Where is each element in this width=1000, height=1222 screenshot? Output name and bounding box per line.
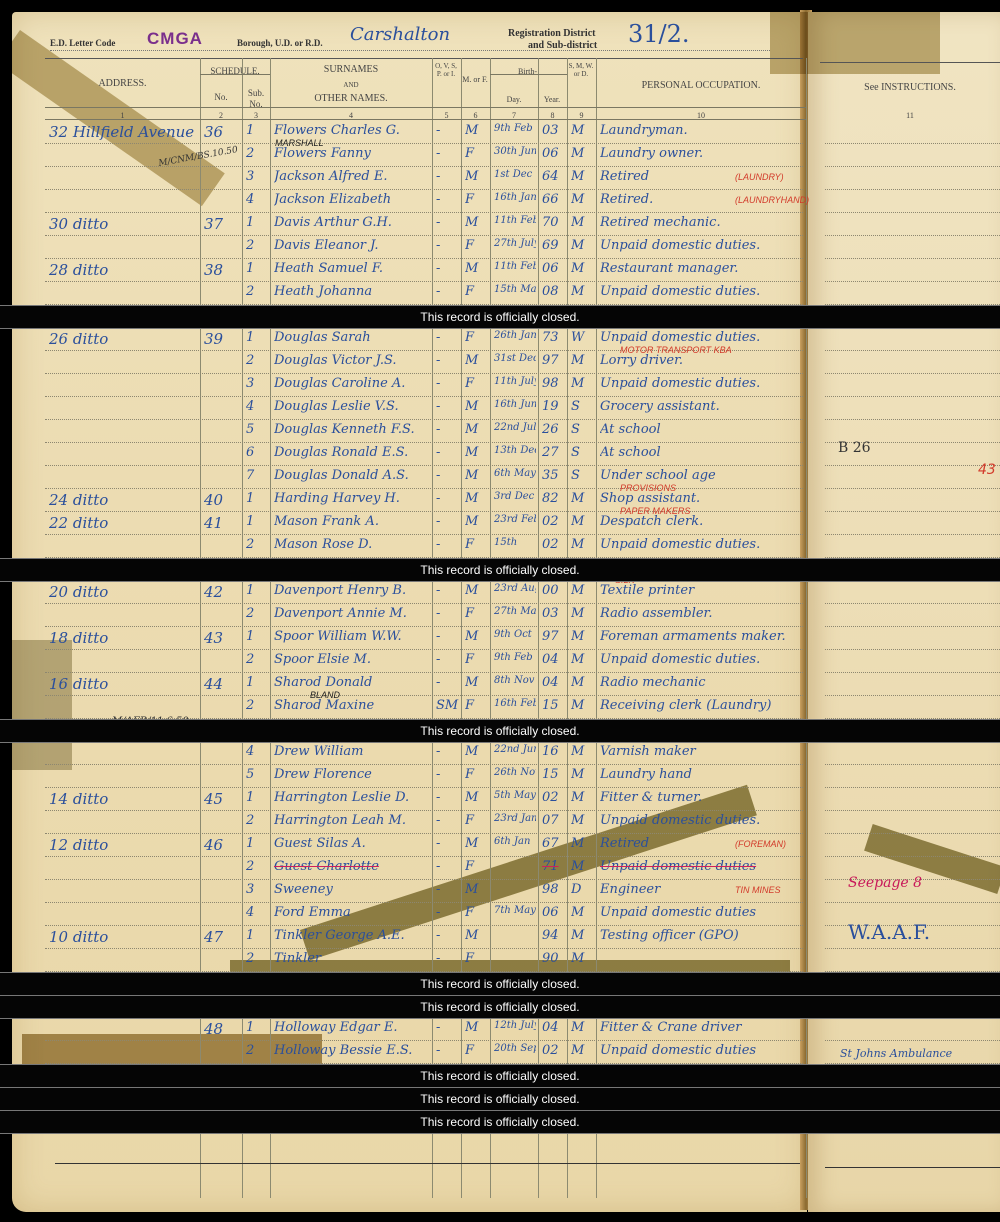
birth-day-cell: 30th June bbox=[494, 146, 536, 157]
row-rule-right bbox=[825, 396, 1000, 397]
marital-status-cell: M bbox=[571, 652, 594, 667]
census-row: 28 ditto381Heath Samuel F.-M11th Feb06MR… bbox=[45, 259, 803, 282]
census-row: 4Douglas Leslie V.S.-M16th June19SGrocer… bbox=[45, 397, 803, 420]
schedule-sub-cell: 2 bbox=[246, 238, 268, 253]
birth-day-cell: 15th Mar bbox=[494, 284, 536, 295]
schedule-sub-cell: 1 bbox=[246, 790, 268, 805]
marital-status-cell: M bbox=[571, 836, 594, 851]
row-rule-right bbox=[825, 695, 1000, 696]
birth-year-cell: 64 bbox=[542, 169, 565, 184]
birth-day-cell: 31st Dec bbox=[494, 353, 536, 364]
birth-day-cell: 23rd Jan bbox=[494, 813, 536, 824]
row-rule-right bbox=[825, 419, 1000, 420]
marital-status-cell: M bbox=[571, 1043, 594, 1058]
row-rule-right bbox=[825, 189, 1000, 190]
schedule-sub-cell: 2 bbox=[246, 537, 268, 552]
marital-status-cell: S bbox=[571, 399, 594, 414]
ovspi-cell: - bbox=[436, 284, 459, 299]
birth-day-cell: 6th May bbox=[494, 468, 536, 479]
marital-status-cell: D bbox=[571, 882, 594, 897]
col-birth-header: Birth- bbox=[490, 66, 565, 77]
census-row: 4Ford Emma-F7th May06MUnpaid domestic du… bbox=[45, 903, 803, 926]
name-cell: Drew William bbox=[274, 744, 430, 759]
ed-letter-code: CMGA bbox=[147, 29, 203, 49]
ovspi-cell: - bbox=[436, 1020, 459, 1035]
address-cell: 28 ditto bbox=[49, 261, 198, 279]
marital-status-cell: S bbox=[571, 468, 594, 483]
birth-year-cell: 04 bbox=[542, 675, 565, 690]
birth-day-cell: 9th Feb bbox=[494, 652, 536, 663]
address-cell: 20 ditto bbox=[49, 583, 198, 601]
schedule-sub-cell: 3 bbox=[246, 376, 268, 391]
ovspi-cell: - bbox=[436, 330, 459, 345]
schedule-sub-cell: 1 bbox=[246, 836, 268, 851]
ovspi-cell: - bbox=[436, 606, 459, 621]
row-rule-right bbox=[825, 488, 1000, 489]
schedule-sub-cell: 2 bbox=[246, 859, 268, 874]
ovspi-cell: - bbox=[436, 675, 459, 690]
borough-label: Borough, U.D. or R.D. bbox=[237, 38, 323, 48]
census-row: 2Holloway Bessie E.S.-F20th Sept02MUnpai… bbox=[45, 1041, 803, 1064]
ovspi-cell: - bbox=[436, 169, 459, 184]
sex-cell: F bbox=[465, 652, 488, 667]
birth-day-cell: 9th Oct bbox=[494, 629, 536, 640]
ovspi-cell: - bbox=[436, 882, 459, 897]
col-sex-header: M. or F. bbox=[461, 74, 489, 85]
name-cell: Douglas Caroline A. bbox=[274, 376, 430, 391]
row-rule-right bbox=[825, 281, 1000, 282]
birth-day-cell: 16th Feb bbox=[494, 698, 536, 709]
occupation-cell: Unpaid domestic duties. bbox=[600, 537, 804, 552]
occupation-cell: At school bbox=[600, 445, 804, 460]
name-cell: Davenport Henry B. bbox=[274, 583, 430, 598]
sex-cell: F bbox=[465, 859, 488, 874]
name-cell: Harding Harvey H. bbox=[274, 491, 430, 506]
name-cell: Douglas Ronald E.S. bbox=[274, 445, 430, 460]
birth-day-cell: 23rd Aug bbox=[494, 583, 536, 594]
schedule-sub-cell: 1 bbox=[246, 261, 268, 276]
right-note-43: 43 bbox=[978, 462, 996, 478]
schedule-no-cell: 40 bbox=[204, 491, 240, 509]
ovspi-cell: - bbox=[436, 399, 459, 414]
schedule-sub-cell: 1 bbox=[246, 491, 268, 506]
sex-cell: F bbox=[465, 146, 488, 161]
column-divider bbox=[806, 58, 807, 1198]
census-row: 2Davis Eleanor J.-F27th July69MUnpaid do… bbox=[45, 236, 803, 259]
header-dotted-rule bbox=[50, 50, 770, 51]
bottom-rule-right bbox=[825, 1167, 1000, 1168]
closed-record-bar: This record is officially closed. bbox=[0, 1064, 1000, 1088]
birth-year-cell: 00 bbox=[542, 583, 565, 598]
schedule-sub-cell: 3 bbox=[246, 882, 268, 897]
name-cell: Douglas Sarah bbox=[274, 330, 430, 345]
sex-cell: F bbox=[465, 905, 488, 920]
closed-record-bar: This record is officially closed. bbox=[0, 972, 1000, 996]
census-row: 5Drew Florence-F26th Nov15MLaundry hand bbox=[45, 765, 803, 788]
occupation-cell: Unpaid domestic duties bbox=[600, 905, 804, 920]
schedule-no-cell: 37 bbox=[204, 215, 240, 233]
sex-cell: M bbox=[465, 215, 488, 230]
name-cell: Spoor William W.W. bbox=[274, 629, 430, 644]
closed-record-bar: This record is officially closed. bbox=[0, 558, 1000, 582]
marital-status-cell: M bbox=[571, 606, 594, 621]
ovspi-cell: - bbox=[436, 652, 459, 667]
birth-day-cell: 11th July bbox=[494, 376, 536, 387]
name-cell: Mason Frank A. bbox=[274, 514, 430, 529]
sex-cell: F bbox=[465, 330, 488, 345]
name-cell: Sharod Donald bbox=[274, 675, 430, 690]
schedule-sub-cell: 2 bbox=[246, 606, 268, 621]
row-rule-right bbox=[825, 235, 1000, 236]
birth-day-cell: 5th May bbox=[494, 790, 536, 801]
name-annotation: BLAND bbox=[310, 690, 340, 700]
birth-day-cell: 3rd Dec bbox=[494, 491, 536, 502]
census-row: 2Spoor Elsie M.-F9th Feb04MUnpaid domest… bbox=[45, 650, 803, 673]
schedule-sub-cell: 4 bbox=[246, 744, 268, 759]
row-rule-right bbox=[825, 810, 1000, 811]
sex-cell: M bbox=[465, 445, 488, 460]
row-rule-right bbox=[825, 166, 1000, 167]
ovspi-cell: - bbox=[436, 767, 459, 782]
census-row: 16 ditto441Sharod Donald-M8th Nov04MRadi… bbox=[45, 673, 803, 696]
birth-year-cell: 69 bbox=[542, 238, 565, 253]
census-row: 2Douglas Victor J.S.-M31st Dec97MLorry d… bbox=[45, 351, 803, 374]
schedule-sub-cell: 1 bbox=[246, 928, 268, 943]
ovspi-cell: - bbox=[436, 192, 459, 207]
address-cell: 10 ditto bbox=[49, 928, 198, 946]
ovspi-cell: - bbox=[436, 514, 459, 529]
occupation-cell: Fitter & turner. bbox=[600, 790, 804, 805]
occupation-cell: Varnish maker bbox=[600, 744, 804, 759]
census-row: 2Davenport Annie M.-F27th May03MRadio as… bbox=[45, 604, 803, 627]
row-rule-right bbox=[825, 787, 1000, 788]
occupation-cell: Laundryman. bbox=[600, 123, 804, 138]
marital-status-cell: M bbox=[571, 537, 594, 552]
bottom-rule bbox=[55, 1163, 800, 1164]
birth-year-cell: 19 bbox=[542, 399, 565, 414]
address-cell: 14 ditto bbox=[49, 790, 198, 808]
schedule-sub-cell: 2 bbox=[246, 284, 268, 299]
col-occupation-header: PERSONAL OCCUPATION. bbox=[596, 80, 806, 91]
birth-year-cell: 73 bbox=[542, 330, 565, 345]
schedule-no-cell: 44 bbox=[204, 675, 240, 693]
schedule-sub-cell: 1 bbox=[246, 123, 268, 138]
marital-status-cell: S bbox=[571, 422, 594, 437]
occupation-cell: Fitter & Crane driver bbox=[600, 1020, 804, 1035]
occupation-cell: Testing officer (GPO) bbox=[600, 928, 804, 943]
ovspi-cell: - bbox=[436, 951, 459, 966]
col-instructions-header: See INSTRUCTIONS. bbox=[820, 82, 1000, 93]
row-rule-right bbox=[825, 856, 1000, 857]
name-cell: Harrington Leah M. bbox=[274, 813, 430, 828]
col-ovspi-header: O, V, S, P. or I. bbox=[432, 62, 460, 78]
birth-year-cell: 08 bbox=[542, 284, 565, 299]
census-row: 14 ditto451Harrington Leslie D.-M5th May… bbox=[45, 788, 803, 811]
row-rule-right bbox=[825, 1040, 1000, 1041]
birth-year-cell: 06 bbox=[542, 261, 565, 276]
address-cell: 18 ditto bbox=[49, 629, 198, 647]
ovspi-cell: - bbox=[436, 468, 459, 483]
schedule-sub-cell: 3 bbox=[246, 169, 268, 184]
occupation-cell: Unpaid domestic duties. bbox=[600, 376, 804, 391]
schedule-no-cell: 46 bbox=[204, 836, 240, 854]
sex-cell: F bbox=[465, 813, 488, 828]
birth-year-cell: 26 bbox=[542, 422, 565, 437]
column-number: 11 bbox=[820, 110, 1000, 121]
sex-cell: F bbox=[465, 767, 488, 782]
right-header-rule bbox=[820, 62, 1000, 63]
census-row: 30 ditto371Davis Arthur G.H.-M11th Feb70… bbox=[45, 213, 803, 236]
occupation-cell: Unpaid domestic duties bbox=[600, 1043, 804, 1058]
occupation-cell: At school bbox=[600, 422, 804, 437]
marital-status-cell: M bbox=[571, 675, 594, 690]
marital-status-cell: M bbox=[571, 514, 594, 529]
name-annotation: MARSHALL bbox=[275, 138, 324, 148]
occupation-cell: Retired mechanic. bbox=[600, 215, 804, 230]
col-birth-day-header: Day. bbox=[490, 94, 538, 105]
census-row: 7Douglas Donald A.S.-M6th May35SUnder sc… bbox=[45, 466, 803, 489]
birth-day-cell: 1st Dec bbox=[494, 169, 536, 180]
birth-year-cell: 82 bbox=[542, 491, 565, 506]
schedule-sub-cell: 5 bbox=[246, 422, 268, 437]
occupation-cell: Grocery assistant. bbox=[600, 399, 804, 414]
sex-cell: F bbox=[465, 951, 488, 966]
name-cell: Holloway Edgar E. bbox=[274, 1020, 430, 1035]
schedule-sub-cell: 1 bbox=[246, 675, 268, 690]
birth-day-cell: 8th Nov bbox=[494, 675, 536, 686]
birth-day-cell: 15th bbox=[494, 537, 536, 548]
occupation-cell: Unpaid domestic duties. bbox=[600, 238, 804, 253]
col-surname-header-2: AND bbox=[270, 80, 432, 91]
row-rule-right bbox=[825, 350, 1000, 351]
birth-year-cell: 04 bbox=[542, 652, 565, 667]
birth-day-cell: 7th May bbox=[494, 905, 536, 916]
ovspi-cell: - bbox=[436, 376, 459, 391]
marital-status-cell: M bbox=[571, 353, 594, 368]
census-row: 4Jackson Elizabeth-F16th Jan66MRetired.(… bbox=[45, 190, 803, 213]
census-row: 2Mason Rose D.-F15th02MUnpaid domestic d… bbox=[45, 535, 803, 558]
schedule-sub-cell: 2 bbox=[246, 652, 268, 667]
ovspi-cell: - bbox=[436, 928, 459, 943]
birth-day-cell: 27th May bbox=[494, 606, 536, 617]
schedule-sub-cell: 4 bbox=[246, 192, 268, 207]
occupation-annotation: TIN MINES bbox=[735, 885, 781, 895]
occupation-cell: Unpaid domestic duties. bbox=[600, 330, 804, 345]
schedule-no-cell: 41 bbox=[204, 514, 240, 532]
row-rule-right bbox=[825, 534, 1000, 535]
row-rule-right bbox=[825, 143, 1000, 144]
schedule-sub-cell: 7 bbox=[246, 468, 268, 483]
sex-cell: M bbox=[465, 169, 488, 184]
marital-status-cell: S bbox=[571, 445, 594, 460]
marital-status-cell: M bbox=[571, 905, 594, 920]
name-cell: Davenport Annie M. bbox=[274, 606, 430, 621]
sex-cell: M bbox=[465, 422, 488, 437]
sex-cell: M bbox=[465, 491, 488, 506]
occupation-cell: Unpaid domestic duties bbox=[600, 859, 804, 874]
occupation-cell: Foreman armaments maker. bbox=[600, 629, 804, 644]
birth-year-cell: 97 bbox=[542, 353, 565, 368]
marital-status-cell: M bbox=[571, 238, 594, 253]
schedule-no-cell: 47 bbox=[204, 928, 240, 946]
name-cell: Douglas Victor J.S. bbox=[274, 353, 430, 368]
sex-cell: M bbox=[465, 790, 488, 805]
sex-cell: F bbox=[465, 537, 488, 552]
marital-status-cell: M bbox=[571, 376, 594, 391]
birth-year-cell: 03 bbox=[542, 606, 565, 621]
ovspi-cell: - bbox=[436, 744, 459, 759]
name-cell: Mason Rose D. bbox=[274, 537, 430, 552]
schedule-sub-cell: 2 bbox=[246, 698, 268, 713]
ovspi-cell: - bbox=[436, 445, 459, 460]
marital-status-cell: M bbox=[571, 767, 594, 782]
registration-label-1: Registration District bbox=[508, 28, 595, 39]
header-rule bbox=[490, 74, 567, 75]
name-cell: Jackson Alfred E. bbox=[274, 169, 430, 184]
col-birth-year-header: Year. bbox=[538, 94, 566, 105]
occupation-cell: Receiving clerk (Laundry) bbox=[600, 698, 804, 713]
birth-day-cell: 6th Jan bbox=[494, 836, 536, 847]
name-cell: Guest Charlotte bbox=[274, 859, 430, 874]
closed-record-bar: This record is officially closed. bbox=[0, 1110, 1000, 1134]
name-cell: Sharod Maxine bbox=[274, 698, 430, 713]
name-cell: Ford Emma bbox=[274, 905, 430, 920]
ovspi-cell: - bbox=[436, 537, 459, 552]
census-row: 3Sweeney-M98DEngineerTIN MINES bbox=[45, 880, 803, 903]
birth-year-cell: 06 bbox=[542, 146, 565, 161]
occupation-cell: Lorry driver. bbox=[600, 353, 804, 368]
occupation-cell: Unpaid domestic duties. bbox=[600, 652, 804, 667]
row-rule-right bbox=[825, 902, 1000, 903]
occupation-cell: Radio mechanic bbox=[600, 675, 804, 690]
header-rule bbox=[45, 119, 806, 120]
ovspi-cell: - bbox=[436, 146, 459, 161]
census-row: 2Harrington Leah M.-F23rd Jan07MUnpaid d… bbox=[45, 811, 803, 834]
birth-year-cell: 15 bbox=[542, 767, 565, 782]
ovspi-cell: - bbox=[436, 1043, 459, 1058]
ovspi-cell: - bbox=[436, 238, 459, 253]
col-schedule-no-header: No. bbox=[200, 92, 242, 103]
registration-value: 31/2. bbox=[628, 20, 690, 48]
name-cell: Douglas Donald A.S. bbox=[274, 468, 430, 483]
name-cell: Drew Florence bbox=[274, 767, 430, 782]
birth-year-cell: 02 bbox=[542, 1043, 565, 1058]
occupation-annotation: PROVISIONS bbox=[620, 483, 676, 493]
closed-record-bar: This record is officially closed. bbox=[0, 1087, 1000, 1111]
sex-cell: F bbox=[465, 606, 488, 621]
sex-cell: F bbox=[465, 1043, 488, 1058]
census-row: 10 ditto471Tinkler George A.E.-M94MTesti… bbox=[45, 926, 803, 949]
census-row: 2Tinkler-F90M bbox=[45, 949, 803, 972]
census-row: 2Guest Charlotte-F71MUnpaid domestic dut… bbox=[45, 857, 803, 880]
sex-cell: F bbox=[465, 376, 488, 391]
marital-status-cell: M bbox=[571, 859, 594, 874]
marital-status-cell: M bbox=[571, 813, 594, 828]
col-smwd-header: S, M, W. or D. bbox=[567, 62, 595, 78]
address-cell: 26 ditto bbox=[49, 330, 198, 348]
schedule-no-cell: 38 bbox=[204, 261, 240, 279]
name-cell: Guest Silas A. bbox=[274, 836, 430, 851]
birth-day-cell: 12th July bbox=[494, 1020, 536, 1031]
birth-day-cell: 13th Dec bbox=[494, 445, 536, 456]
name-cell: Jackson Elizabeth bbox=[274, 192, 430, 207]
borough-value: Carshalton bbox=[350, 24, 450, 45]
address-cell: 32 Hillfield Avenue bbox=[49, 123, 198, 141]
schedule-sub-cell: 2 bbox=[246, 951, 268, 966]
schedule-sub-cell: 4 bbox=[246, 905, 268, 920]
name-cell: Heath Samuel F. bbox=[274, 261, 430, 276]
schedule-sub-cell: 1 bbox=[246, 583, 268, 598]
name-cell: Tinkler bbox=[274, 951, 430, 966]
address-cell: 16 ditto bbox=[49, 675, 198, 693]
census-row: 12 ditto461Guest Silas A.-M6th Jan67MRet… bbox=[45, 834, 803, 857]
ovspi-cell: - bbox=[436, 422, 459, 437]
birth-day-cell: 16th June bbox=[494, 399, 536, 410]
header-rule bbox=[45, 107, 806, 108]
row-rule-right bbox=[825, 258, 1000, 259]
census-row: 5Douglas Kenneth F.S.-M22nd July26SAt sc… bbox=[45, 420, 803, 443]
schedule-no-cell: 42 bbox=[204, 583, 240, 601]
marital-status-cell: M bbox=[571, 123, 594, 138]
census-row: 20 ditto421Davenport Henry B.-M23rd Aug0… bbox=[45, 581, 803, 604]
ovspi-cell: - bbox=[436, 836, 459, 851]
name-cell: Heath Johanna bbox=[274, 284, 430, 299]
schedule-no-cell: 45 bbox=[204, 790, 240, 808]
schedule-sub-cell: 6 bbox=[246, 445, 268, 460]
occupation-cell: Laundry hand bbox=[600, 767, 804, 782]
marital-status-cell: M bbox=[571, 215, 594, 230]
row-rule-right bbox=[825, 511, 1000, 512]
marital-status-cell: M bbox=[571, 284, 594, 299]
birth-year-cell: 94 bbox=[542, 928, 565, 943]
sex-cell: F bbox=[465, 192, 488, 207]
birth-year-cell: 98 bbox=[542, 376, 565, 391]
sex-cell: M bbox=[465, 468, 488, 483]
marital-status-cell: M bbox=[571, 629, 594, 644]
sex-cell: M bbox=[465, 928, 488, 943]
census-row: 2Heath Johanna-F15th Mar08MUnpaid domest… bbox=[45, 282, 803, 305]
sex-cell: F bbox=[465, 238, 488, 253]
marital-status-cell: M bbox=[571, 928, 594, 943]
sex-cell: M bbox=[465, 261, 488, 276]
ovspi-cell: - bbox=[436, 859, 459, 874]
occupation-cell: Under school age bbox=[600, 468, 804, 483]
ovspi-cell: - bbox=[436, 790, 459, 805]
birth-year-cell: 66 bbox=[542, 192, 565, 207]
census-row: 481Holloway Edgar E.-M12th July04MFitter… bbox=[45, 1018, 803, 1041]
ovspi-cell: - bbox=[436, 215, 459, 230]
schedule-sub-cell: 2 bbox=[246, 813, 268, 828]
marital-status-cell: M bbox=[571, 790, 594, 805]
schedule-sub-cell: 1 bbox=[246, 514, 268, 529]
ovspi-cell: SM bbox=[436, 698, 459, 713]
col-surname-header-3: OTHER NAMES. bbox=[270, 93, 432, 104]
birth-year-cell: 04 bbox=[542, 1020, 565, 1035]
marital-status-cell: W bbox=[571, 330, 594, 345]
birth-year-cell: 27 bbox=[542, 445, 565, 460]
marital-status-cell: M bbox=[571, 192, 594, 207]
birth-year-cell: 70 bbox=[542, 215, 565, 230]
header-top-rule bbox=[45, 58, 803, 59]
occupation-annotation: MOTOR TRANSPORT KBA bbox=[620, 345, 732, 355]
sex-cell: M bbox=[465, 744, 488, 759]
birth-year-cell: 06 bbox=[542, 905, 565, 920]
address-cell: 22 ditto bbox=[49, 514, 198, 532]
schedule-no-cell: 36 bbox=[204, 123, 240, 141]
name-cell: Davis Arthur G.H. bbox=[274, 215, 430, 230]
occupation-cell: Restaurant manager. bbox=[600, 261, 804, 276]
birth-day-cell: 11th Feb bbox=[494, 261, 536, 272]
